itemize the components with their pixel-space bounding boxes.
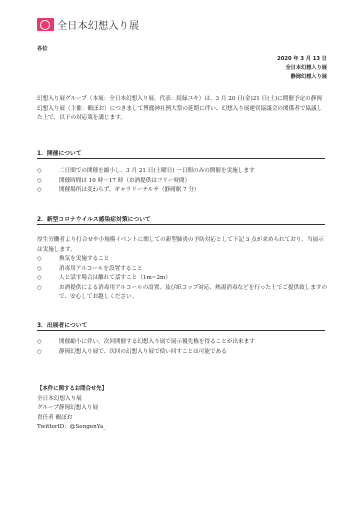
list-item: ○静岡幻想入り展で、次回の幻想入り展で使い回すことは可能である	[37, 348, 329, 358]
divider	[37, 158, 325, 159]
circle-bullet-icon: ○	[37, 338, 59, 348]
list-item: ○換気を実施すること	[37, 255, 329, 265]
organization-1: 全日本幻想入り展	[277, 64, 327, 73]
list-item: ○開催時間は 10 時～17 時（お酒提供はフリー時間）	[37, 177, 329, 187]
circle-bullet-icon: ○	[37, 284, 59, 303]
circle-bullet-icon: ○	[37, 186, 59, 196]
section-2-list: ○換気を実施すること ○消毒用アルコールを設置すること ○人と話す場合は離れて話…	[37, 255, 329, 303]
logo-text: 全日本幻想入り展	[57, 17, 139, 32]
intro-paragraph: 幻想入り展グループ（本展：全日本幻想入り展、代表：続緑ユキ）は、3 月 20 日…	[37, 95, 327, 124]
list-item: ○開催場所は変わらず、ギャラリーテルサ（静岡駅 7 分）	[37, 186, 329, 196]
list-item: ○開催縮小に伴い、次回開催する幻想入り展で展示優先権を得ることが出来ます	[37, 338, 329, 348]
divider	[37, 224, 325, 225]
list-item: ○お酒提供による消毒用アルコールの設置、及び紙コップ対応、熱湯消毒などを行った上…	[37, 284, 329, 303]
section-1-list: ○二日間での開催を縮小し、3 月 21 日(土曜日) 一日間のみの開催を実施しま…	[37, 167, 329, 196]
circle-bullet-icon: ○	[37, 274, 59, 284]
circle-bullet-icon: ○	[37, 167, 59, 177]
section-3-title: 3．出展者について	[37, 320, 87, 329]
section-3-list: ○開催縮小に伴い、次回開催する幻想入り展で展示優先権を得ることが出来ます ○静岡…	[37, 338, 329, 357]
contact-line: グループ静岡幻想入り展	[37, 404, 107, 414]
logo: 全日本幻想入り展	[37, 17, 139, 32]
contact-block: 【本件に関するお問合せ先】 全日本幻想入り展 グループ静岡幻想入り展 責任者 鵺…	[37, 385, 107, 433]
circle-bullet-icon: ○	[37, 348, 59, 358]
list-item: ○二日間での開催を縮小し、3 月 21 日(土曜日) 一日間のみの開催を実施しま…	[37, 167, 329, 177]
contact-line: 責任者 鵺ぼお	[37, 414, 107, 424]
section-2-title: 2．新型コロナウイルス感染症対策について	[37, 214, 151, 223]
addressee: 各位	[37, 44, 48, 52]
document-meta: 2020 年 3 月 13 日 全日本幻想入り展 静岡幻想入り展	[277, 55, 327, 82]
section-2-lead: 厚生労働者より打合せや小規模イベントに関しての新型肺炎の予防対応として下記 3 …	[37, 236, 327, 255]
divider	[37, 330, 325, 331]
date: 2020 年 3 月 13 日	[277, 55, 327, 64]
circle-bullet-icon: ○	[37, 255, 59, 265]
list-item: ○人と話す場合は離れて話すこと（1m~2m）	[37, 274, 329, 284]
logo-mark-icon	[37, 18, 54, 31]
contact-line: 全日本幻想入り展	[37, 395, 107, 405]
contact-twitter: TwitterID：@SengenYa_	[37, 423, 107, 433]
circle-bullet-icon: ○	[37, 265, 59, 275]
contact-title: 【本件に関するお問合せ先】	[37, 385, 107, 395]
circle-bullet-icon: ○	[37, 177, 59, 187]
list-item: ○消毒用アルコールを設置すること	[37, 265, 329, 275]
section-1-title: 1．開催について	[37, 148, 82, 157]
organization-2: 静岡幻想入り展	[277, 73, 327, 82]
